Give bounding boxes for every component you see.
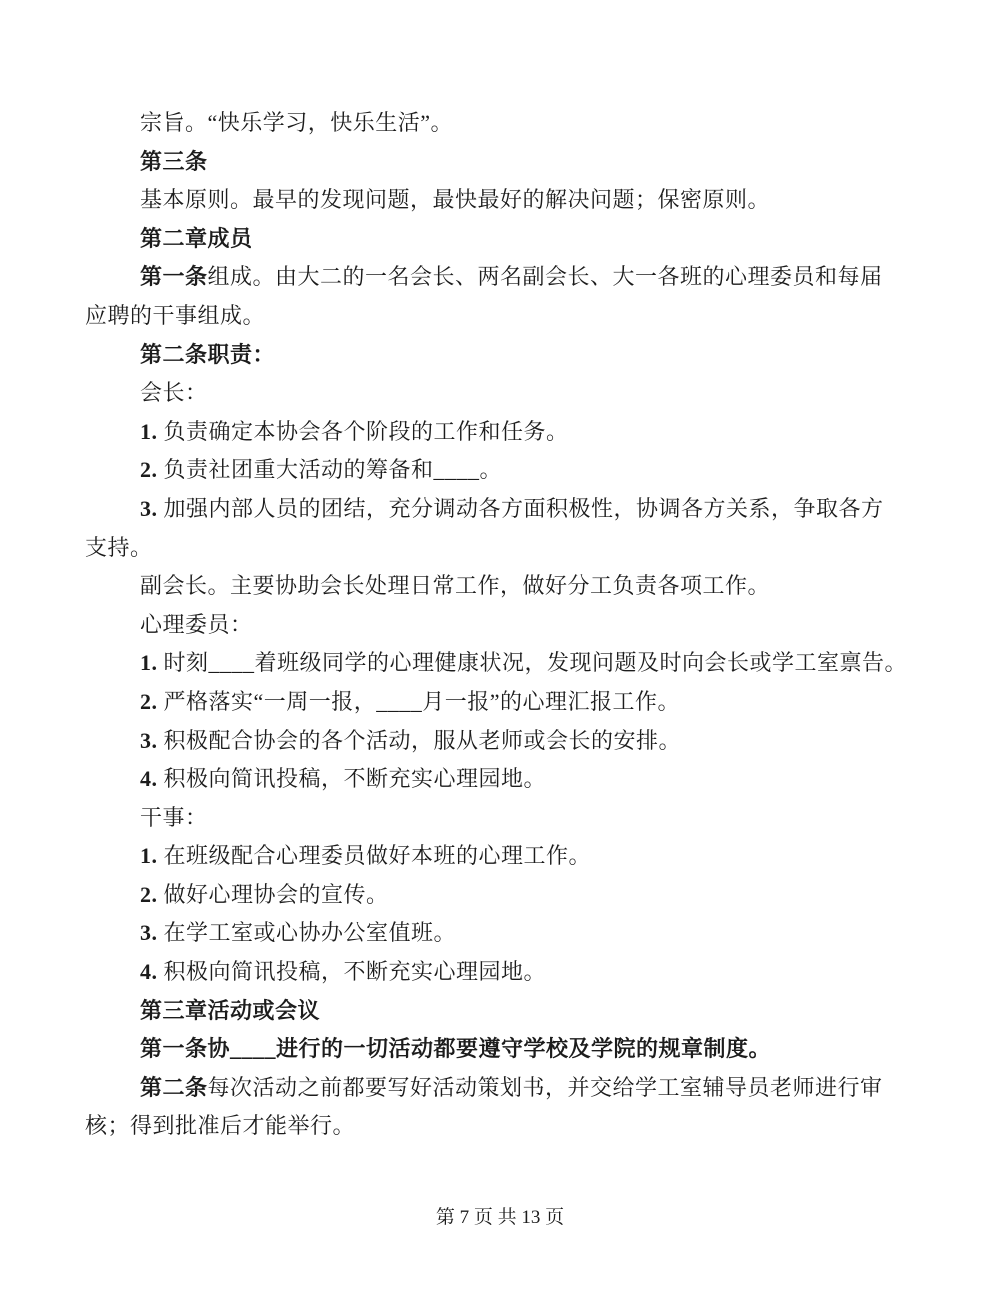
document-line: 第二条每次活动之前都要写好活动策划书，并交给学工室辅导员老师进行审 [85,1069,915,1108]
document-line: 第二章成员 [85,220,915,259]
document-page: 宗旨。“快乐学习，快乐生活”。第三条基本原则。最早的发现问题，最快最好的解决问题… [0,0,1000,1294]
document-line: 干事： [85,799,915,838]
text-segment: 做好心理协会的宣传。 [158,882,389,907]
text-segment: 积极向简讯投稿，不断充实心理园地。 [158,959,547,984]
text-segment: 负责社团重大活动的筹备和____。 [158,457,503,482]
text-segment: 4. [140,959,158,984]
text-segment: 在班级配合心理委员做好本班的心理工作。 [158,843,592,868]
document-line: 支持。 [85,529,915,568]
document-line: 会长： [85,374,915,413]
document-line: 宗旨。“快乐学习，快乐生活”。 [85,104,915,143]
document-line: 3. 在学工室或心协办公室值班。 [85,914,915,953]
text-segment: 1. [140,419,158,444]
document-line: 心理委员： [85,606,915,645]
text-segment: 严格落实“一周一报，____月一报”的心理汇报工作。 [158,689,681,714]
text-segment: 宗旨。“快乐学习，快乐生活”。 [140,110,453,135]
document-line: 1. 在班级配合心理委员做好本班的心理工作。 [85,837,915,876]
text-segment: 3. [140,728,158,753]
text-segment: 第三条 [140,149,208,174]
text-segment: 组成。由大二的一名会长、两名副会长、大一各班的心理委员和每届 [208,264,883,289]
text-segment: 支持。 [85,535,153,560]
text-segment: 第三章活动或会议 [140,998,320,1023]
document-line: 4. 积极向简讯投稿，不断充实心理园地。 [85,953,915,992]
text-segment: 基本原则。最早的发现问题，最快最好的解决问题；保密原则。 [140,187,770,212]
document-line: 4. 积极向简讯投稿，不断充实心理园地。 [85,760,915,799]
document-line: 3. 加强内部人员的团结，充分调动各方面积极性，协调各方关系，争取各方 [85,490,915,529]
text-segment: 会长： [140,380,208,405]
document-line: 2. 负责社团重大活动的筹备和____。 [85,451,915,490]
text-segment: 1. [140,843,158,868]
text-segment: 第二章成员 [140,226,253,251]
document-line: 第二条职责： [85,336,915,375]
document-line: 2. 严格落实“一周一报，____月一报”的心理汇报工作。 [85,683,915,722]
text-segment: 第二条 [140,1075,208,1100]
text-segment: 2. [140,689,158,714]
text-segment: 第一条 [140,264,208,289]
document-line: 第一条组成。由大二的一名会长、两名副会长、大一各班的心理委员和每届 [85,258,915,297]
text-segment: 干事： [140,805,208,830]
page-footer: 第 7 页 共 13 页 [0,1205,1000,1231]
document-line: 应聘的干事组成。 [85,297,915,336]
document-line: 第一条协____进行的一切活动都要遵守学校及学院的规章制度。 [85,1030,915,1069]
text-segment: 积极配合协会的各个活动，服从老师或会长的安排。 [158,728,682,753]
text-segment: 时刻____着班级同学的心理健康状况，发现问题及时向会长或学工室禀告。 [158,650,908,675]
text-segment: 3. [140,920,158,945]
text-segment: 心理委员： [140,612,253,637]
text-segment: 在学工室或心协办公室值班。 [158,920,457,945]
text-segment: 副会长。主要协助会长处理日常工作，做好分工负责各项工作。 [140,573,770,598]
text-segment: 负责确定本协会各个阶段的工作和任务。 [158,419,569,444]
document-line: 2. 做好心理协会的宣传。 [85,876,915,915]
document-line: 1. 负责确定本协会各个阶段的工作和任务。 [85,413,915,452]
text-segment: 第二条职责： [140,342,275,367]
text-segment: 核；得到批准后才能举行。 [85,1113,355,1138]
text-segment: 3. [140,496,158,521]
text-segment: 每次活动之前都要写好活动策划书，并交给学工室辅导员老师进行审 [208,1075,883,1100]
document-line: 基本原则。最早的发现问题，最快最好的解决问题；保密原则。 [85,181,915,220]
document-line: 第三章活动或会议 [85,992,915,1031]
document-line: 3. 积极配合协会的各个活动，服从老师或会长的安排。 [85,722,915,761]
text-segment: 4. [140,766,158,791]
document-line: 1. 时刻____着班级同学的心理健康状况，发现问题及时向会长或学工室禀告。 [85,644,915,683]
text-segment: 积极向简讯投稿，不断充实心理园地。 [158,766,547,791]
text-segment: 2. [140,882,158,907]
text-segment: 2. [140,457,158,482]
document-line: 副会长。主要协助会长处理日常工作，做好分工负责各项工作。 [85,567,915,606]
text-segment: 加强内部人员的团结，充分调动各方面积极性，协调各方关系，争取各方 [158,496,884,521]
document-line: 核；得到批准后才能举行。 [85,1107,915,1146]
document-line: 第三条 [85,143,915,182]
text-segment: 第一条协____进行的一切活动都要遵守学校及学院的规章制度。 [140,1036,771,1061]
text-segment: 1. [140,650,158,675]
text-segment: 应聘的干事组成。 [85,303,265,328]
document-body: 宗旨。“快乐学习，快乐生活”。第三条基本原则。最早的发现问题，最快最好的解决问题… [85,104,915,1146]
